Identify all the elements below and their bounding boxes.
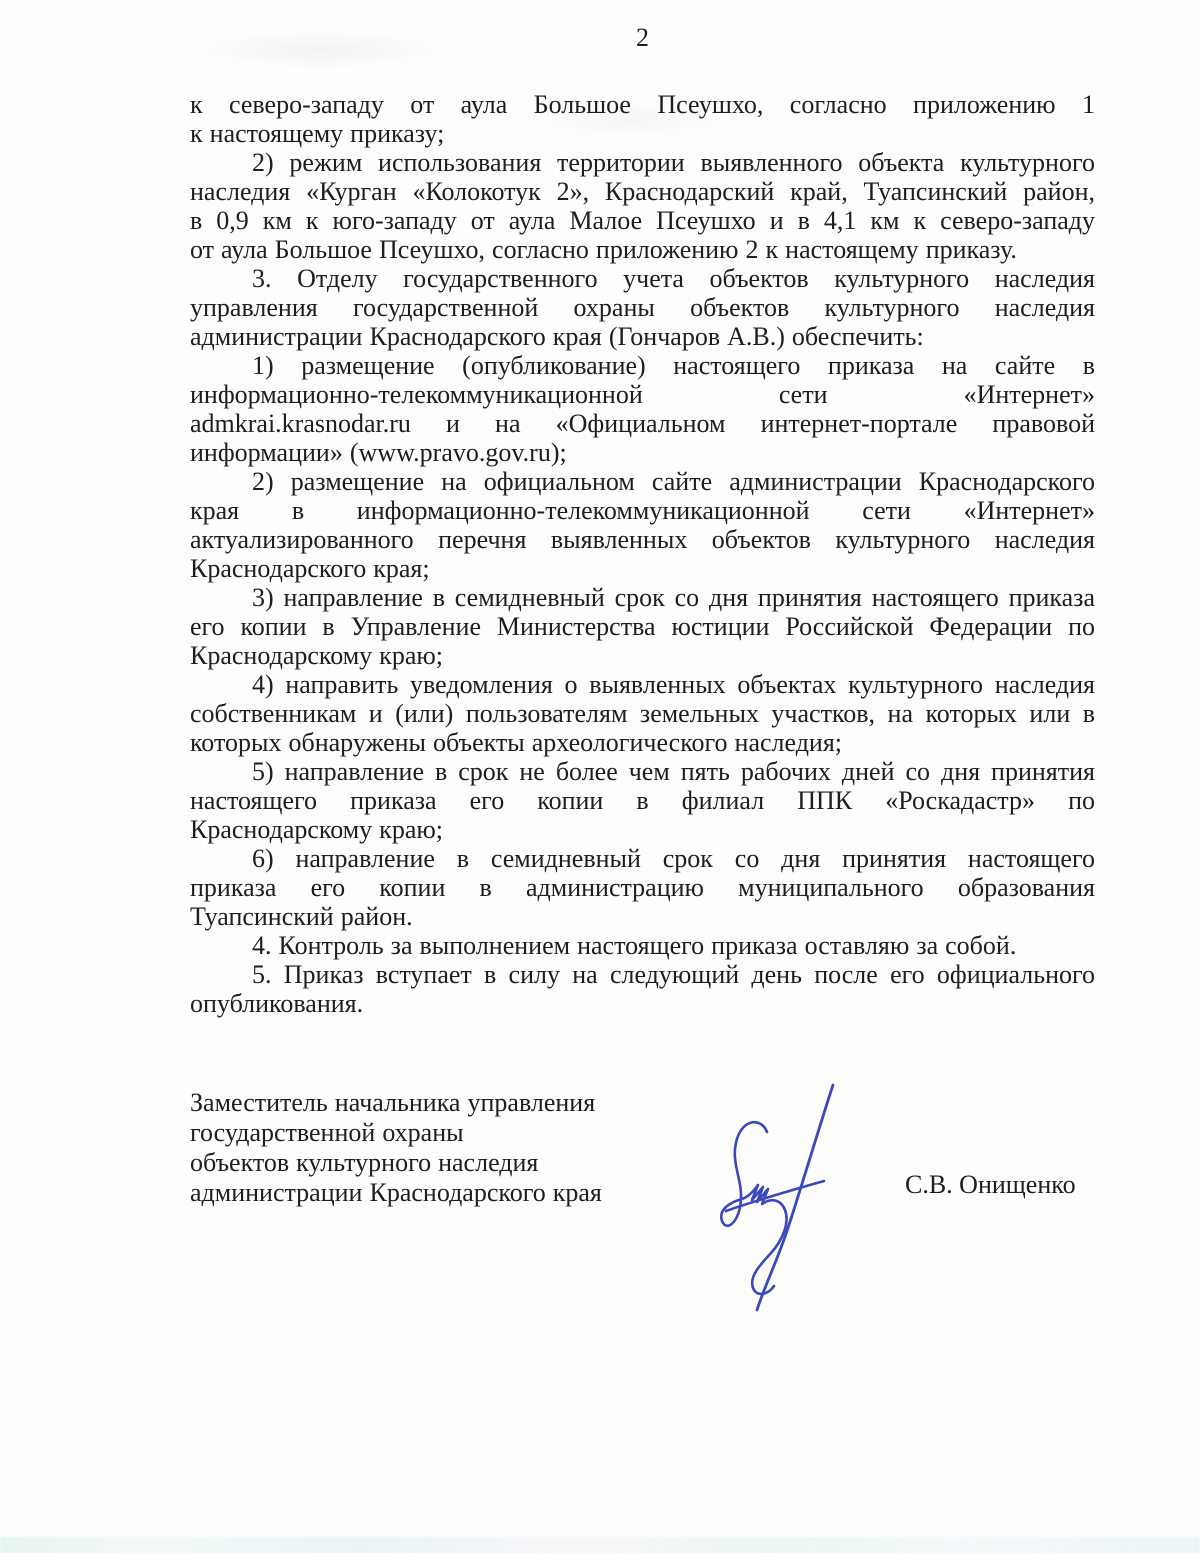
text-line: 5) направление в срок не более чем пять …	[190, 757, 1095, 786]
text-line: Краснодарскому краю;	[190, 641, 1095, 670]
text-line: актуализированного перечня выявленных об…	[190, 525, 1095, 554]
text-line: к северо-западу от аула Большое Псеушхо,…	[190, 90, 1095, 119]
scan-artifact-band	[0, 1537, 1200, 1553]
signer-name: С.В. Онищенко	[905, 1170, 1076, 1200]
text-line: Заместитель начальника управления	[190, 1088, 750, 1118]
text-line: 1) размещение (опубликование) настоящего…	[190, 351, 1095, 380]
text-line: администрации Краснодарского края	[190, 1178, 750, 1208]
text-line: управления государственной охраны объект…	[190, 293, 1095, 322]
text-line: admkrai.krasnodar.ru и на «Официальном и…	[190, 409, 1095, 438]
text-line: 5. Приказ вступает в силу на следующий д…	[190, 960, 1095, 989]
text-line: его копии в Управление Министерства юсти…	[190, 612, 1095, 641]
text-line: собственникам и (или) пользователям земе…	[190, 699, 1095, 728]
text-line: опубликования.	[190, 989, 1095, 1018]
text-line: объектов культурного наследия	[190, 1148, 750, 1178]
text-line: Туапсинский район.	[190, 902, 1095, 931]
signature-position-block: Заместитель начальника управлениягосудар…	[190, 1088, 750, 1208]
text-line: края в информационно-телекоммуникационно…	[190, 496, 1095, 525]
text-line: к настоящему приказу;	[190, 119, 1095, 148]
text-line: наследия «Курган «Колокотук 2», Краснода…	[190, 177, 1095, 206]
text-line: Краснодарскому краю;	[190, 815, 1095, 844]
text-line: 6) направление в семидневный срок со дня…	[190, 844, 1095, 873]
text-line: информации» (www.pravo.gov.ru);	[190, 438, 1095, 467]
text-line: администрации Краснодарского края (Гонча…	[190, 322, 1095, 351]
text-line: информационно-телекоммуникационной сети …	[190, 380, 1095, 409]
text-line: от аула Большое Псеушхо, согласно прилож…	[190, 235, 1095, 264]
text-line: государственной охраны	[190, 1118, 750, 1148]
text-line: 2) режим использования территории выявле…	[190, 148, 1095, 177]
text-line: Краснодарского края;	[190, 554, 1095, 583]
text-line: приказа его копии в администрацию муници…	[190, 873, 1095, 902]
text-line: 3) направление в семидневный срок со дня…	[190, 583, 1095, 612]
text-line: 2) размещение на официальном сайте админ…	[190, 467, 1095, 496]
text-line: 3. Отделу государственного учета объекто…	[190, 264, 1095, 293]
text-line: которых обнаружены объекты археологическ…	[190, 728, 1095, 757]
document-page: 2 к северо-западу от аула Большое Псеушх…	[0, 0, 1200, 1553]
text-line: 4. Контроль за выполнением настоящего пр…	[190, 931, 1095, 960]
document-body: к северо-западу от аула Большое Псеушхо,…	[190, 90, 1095, 1018]
text-line: 4) направить уведомления о выявленных об…	[190, 670, 1095, 699]
text-line: настоящего приказа его копии в филиал ПП…	[190, 786, 1095, 815]
text-line: в 0,9 км к юго-западу от аула Малое Псеу…	[190, 206, 1095, 235]
page-number: 2	[190, 23, 1095, 53]
